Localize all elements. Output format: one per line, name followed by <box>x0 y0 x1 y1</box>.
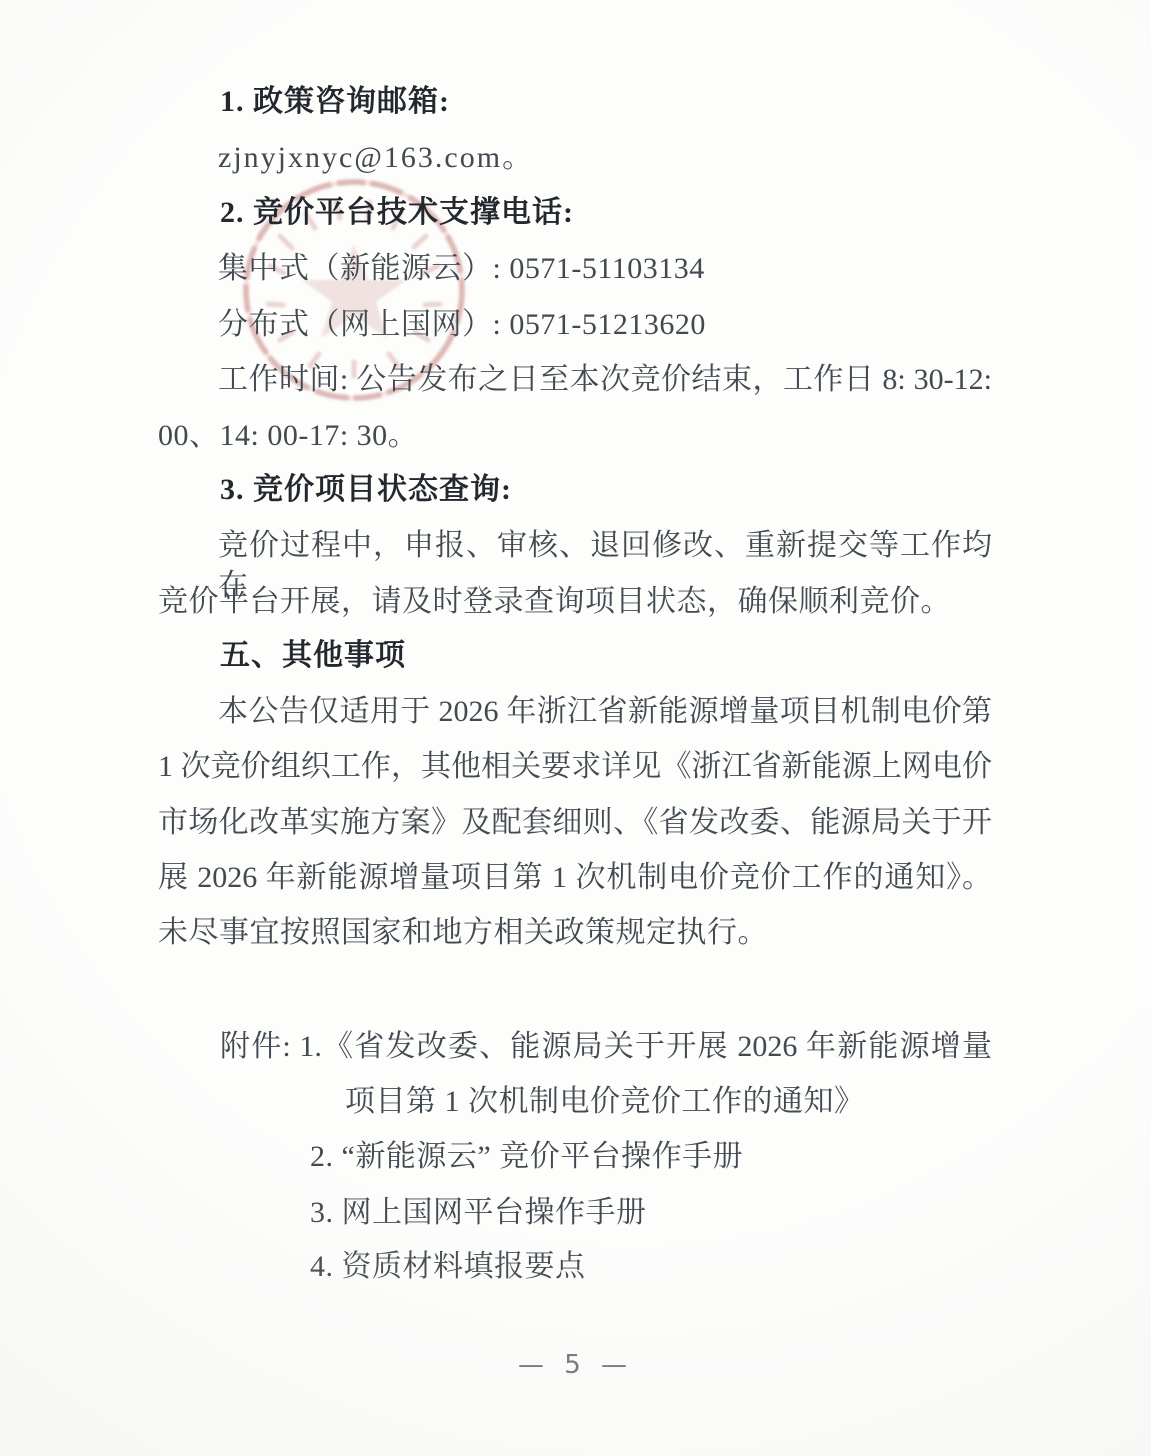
attachment-item-2: 2. “新能源云” 竞价平台操作手册 <box>310 1137 743 1177</box>
document-page: 1. 政策咨询邮箱: zjnyjxnyc@163.com。 2. 竞价平台技术支… <box>0 0 1151 1456</box>
heading-other-matters: 五、其他事项 <box>220 636 406 676</box>
status-query-line-2: 竞价平台开展，请及时登录查询项目状态，确保顺利竞价。 <box>158 582 951 622</box>
attachment-item-3: 3. 网上国网平台操作手册 <box>310 1193 647 1233</box>
heading-support-phone: 2. 竞价平台技术支撑电话: <box>220 193 574 233</box>
worktime-line-1: 工作时间: 公告发布之日至本次竞价结束，工作日 8: 30-12: <box>218 360 992 400</box>
other-matters-line-2: 1 次竞价组织工作，其他相关要求详见《浙江省新能源上网电价 <box>158 747 992 787</box>
page-number: — 5 — <box>0 1350 1151 1380</box>
phone-distributed: 分布式（网上国网）: 0571-51213620 <box>218 305 706 345</box>
phone-centralized: 集中式（新能源云）: 0571-51103134 <box>218 249 705 289</box>
heading-status-query: 3. 竞价项目状态查询: <box>220 470 512 510</box>
attachments-label-and-item-1: 附件: 1.《省发改委、能源局关于开展 2026 年新能源增量 <box>220 1027 992 1067</box>
other-matters-line-5: 未尽事宜按照国家和地方相关政策规定执行。 <box>158 913 768 953</box>
email-address: zjnyjxnyc@163.com。 <box>218 138 534 178</box>
attachment-item-4: 4. 资质材料填报要点 <box>310 1247 586 1287</box>
worktime-line-2: 00、14: 00-17: 30。 <box>158 416 418 456</box>
other-matters-line-3: 市场化改革实施方案》及配套细则、《省发改委、能源局关于开 <box>158 803 992 843</box>
other-matters-line-4: 展 2026 年新能源增量项目第 1 次机制电价竞价工作的通知》。 <box>158 858 992 898</box>
attachment-item-1-wrap: 项目第 1 次机制电价竞价工作的通知》 <box>345 1082 865 1122</box>
heading-policy-email: 1. 政策咨询邮箱: <box>220 82 450 122</box>
other-matters-line-1: 本公告仅适用于 2026 年浙江省新能源增量项目机制电价第 <box>218 692 992 732</box>
